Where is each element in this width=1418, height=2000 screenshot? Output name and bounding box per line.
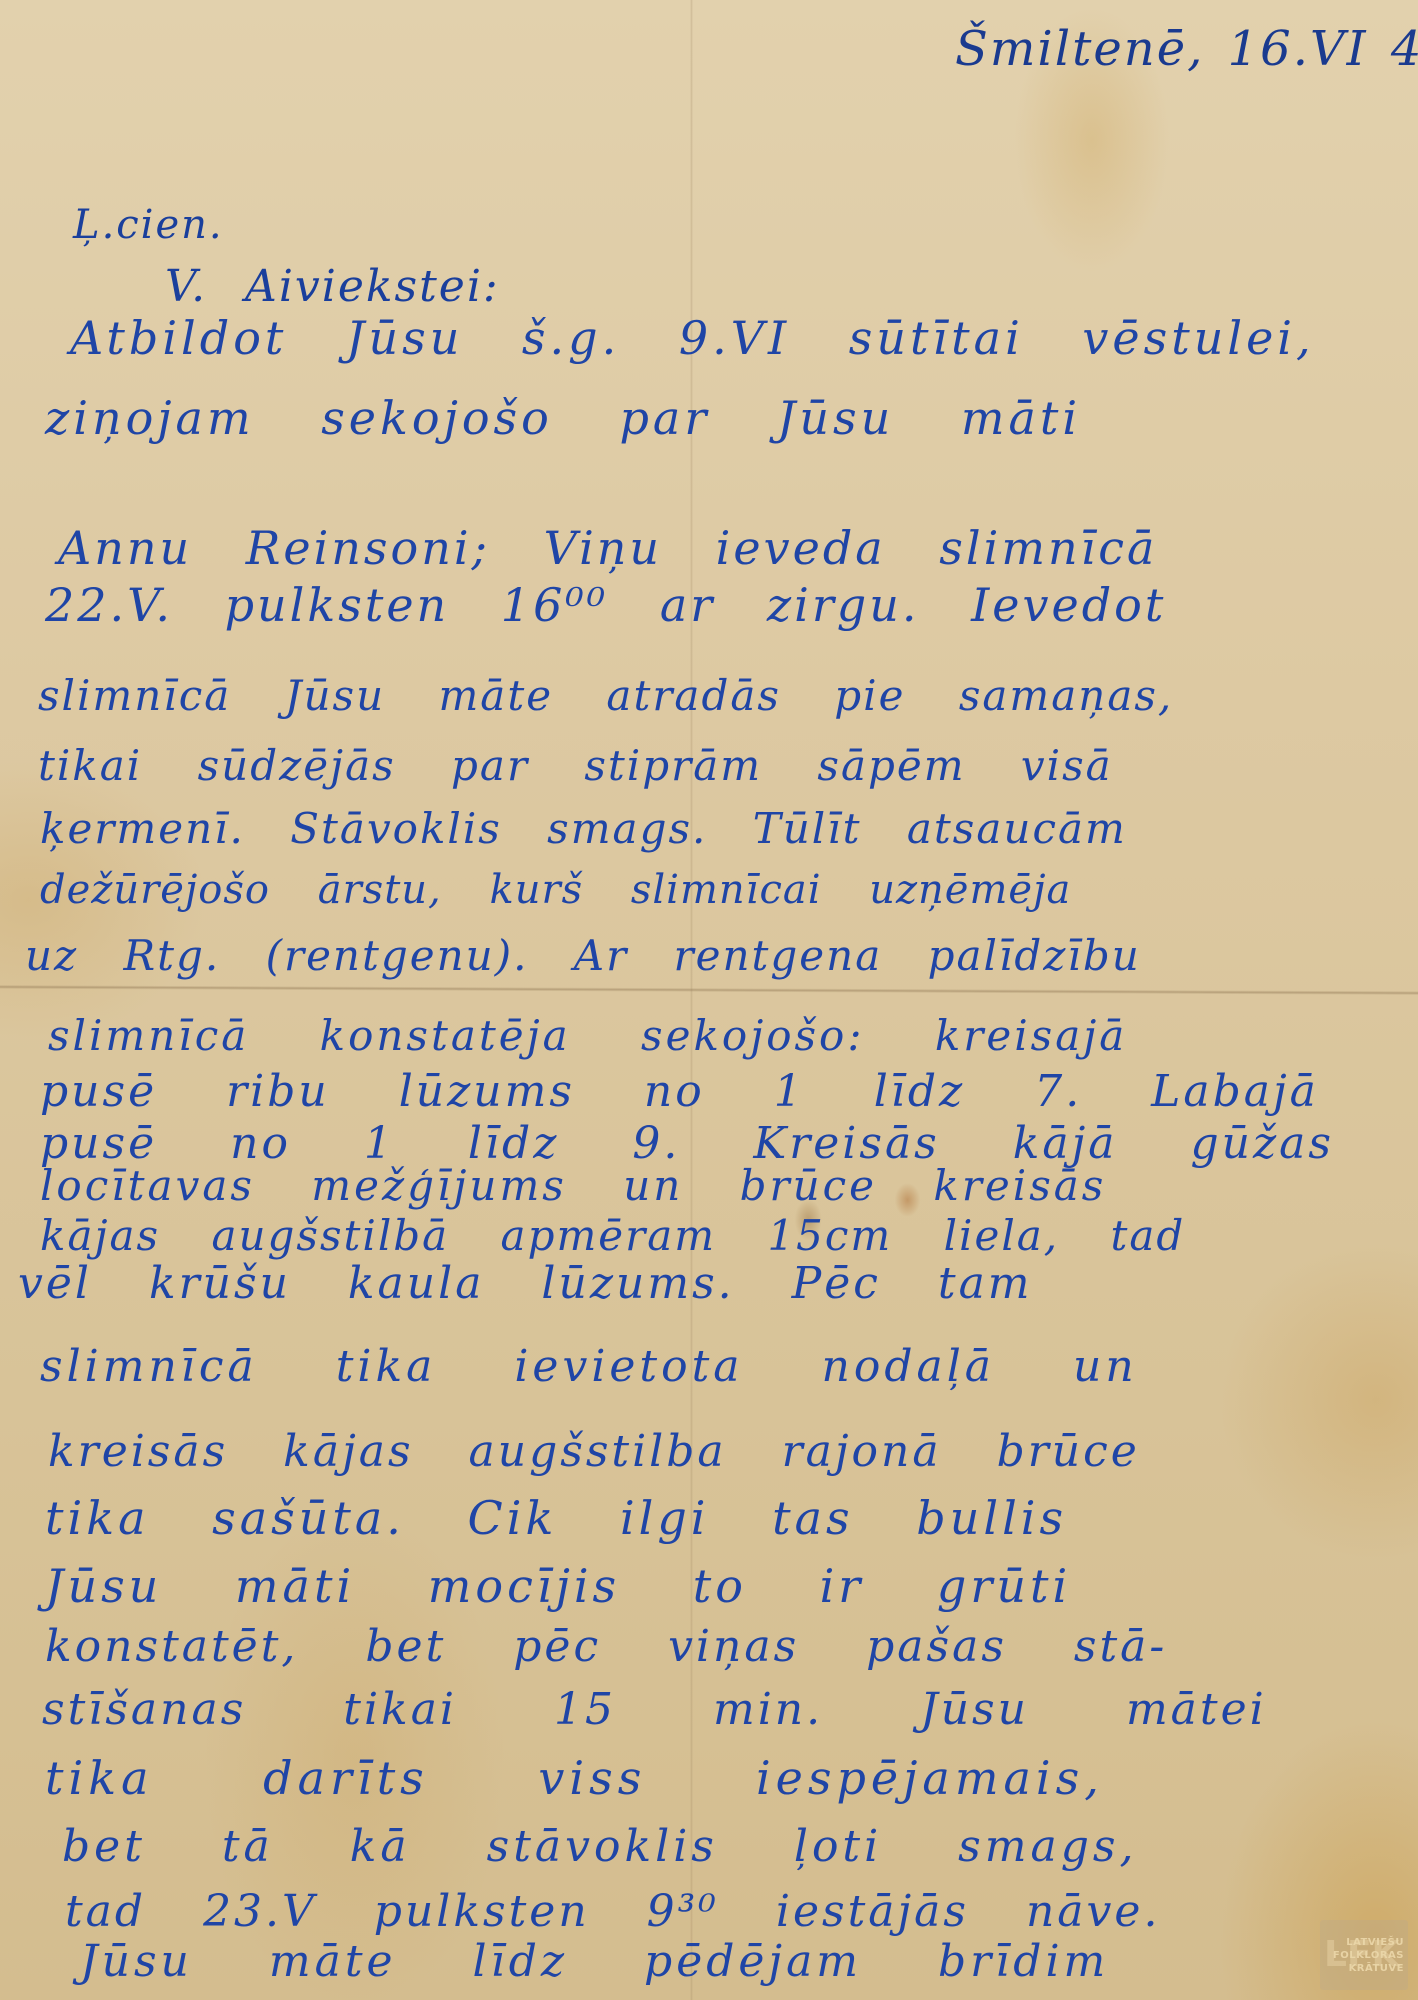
letter-line: Annu Reinsoni; Viņu ieveda slimnīcā [58, 525, 1157, 571]
letter-line: locītavas mežģījums un brūce kreisās [40, 1165, 1106, 1207]
letter-line: slimnīcā tika ievietota nodaļā un [40, 1345, 1138, 1389]
addressee: V. Aiviekstei: [165, 265, 500, 309]
letter-line: ķermenī. Stāvoklis smags. Tūlīt atsaucām [40, 808, 1127, 850]
salutation: Ļ.cien. [73, 205, 224, 245]
letter-line: tika sašūta. Cik ilgi tas bullis [45, 1495, 1067, 1541]
letter-line: tad 23.V pulksten 9³⁰ iestājās nāve. [65, 1890, 1160, 1934]
letter-line: tikai sūdzējās par stiprām sāpēm visā [38, 745, 1113, 787]
paper-fold-horizontal [0, 985, 1418, 995]
letter-line: bet tā kā stāvoklis ļoti smags, [62, 1825, 1137, 1869]
letter-line: tika darīts viss iespējamais, [45, 1755, 1104, 1801]
letter-line: pusē ribu lūzums no 1 līdz 7. Labajā [40, 1070, 1319, 1114]
letter-line: 22.V. pulksten 16⁰⁰ ar zirgu. Ievedot [45, 582, 1166, 628]
letter-line: dežūrējošo ārstu, kurš slimnīcai uzņēmēj… [40, 870, 1071, 910]
place-date: Šmiltenē, 16.VI 48.g. [955, 25, 1418, 73]
letter-line: kreisās kājas augšstilba rajonā brūce [48, 1430, 1140, 1474]
letter-line: Atbildot Jūsu š.g. 9.VI sūtītai vēstulei… [70, 315, 1315, 361]
letter-line: kājas augšstilbā apmēram 15cm liela, tad [40, 1215, 1185, 1257]
letter-line: Jūsu māte līdz pēdējam brīdim [80, 1940, 1109, 1984]
letter-line: slimnīcā Jūsu māte atradās pie samaņas, [38, 675, 1173, 717]
letter-line: Jūsu māti mocījis to ir grūti [45, 1563, 1071, 1609]
letter-line: konstatēt, bet pēc viņas pašas stā- [45, 1625, 1167, 1669]
letter-page: Šmiltenē, 16.VI 48.g. Ļ.cien. V. Aivieks… [0, 0, 1418, 2000]
letter-line: uz Rtg. (rentgenu). Ar rentgena palīdzīb… [25, 935, 1141, 977]
letter-line: slimnīcā konstatēja sekojošo: kreisajā [48, 1015, 1127, 1057]
letter-line: pusē no 1 līdz 9. Kreisās kājā gūžas [40, 1122, 1334, 1166]
archive-watermark: LFK LATVIEŠU FOLKLORAS KRĀTUVE [1320, 1920, 1408, 1990]
letter-line: vēl krūšu kaula lūzums. Pēc tam [18, 1262, 1033, 1306]
letter-line: ziņojam sekojošo par Jūsu māti [45, 395, 1081, 441]
letter-line: stīšanas tikai 15 min. Jūsu mātei [42, 1688, 1267, 1732]
archive-logo-icon: LFK [1324, 1934, 1399, 1975]
